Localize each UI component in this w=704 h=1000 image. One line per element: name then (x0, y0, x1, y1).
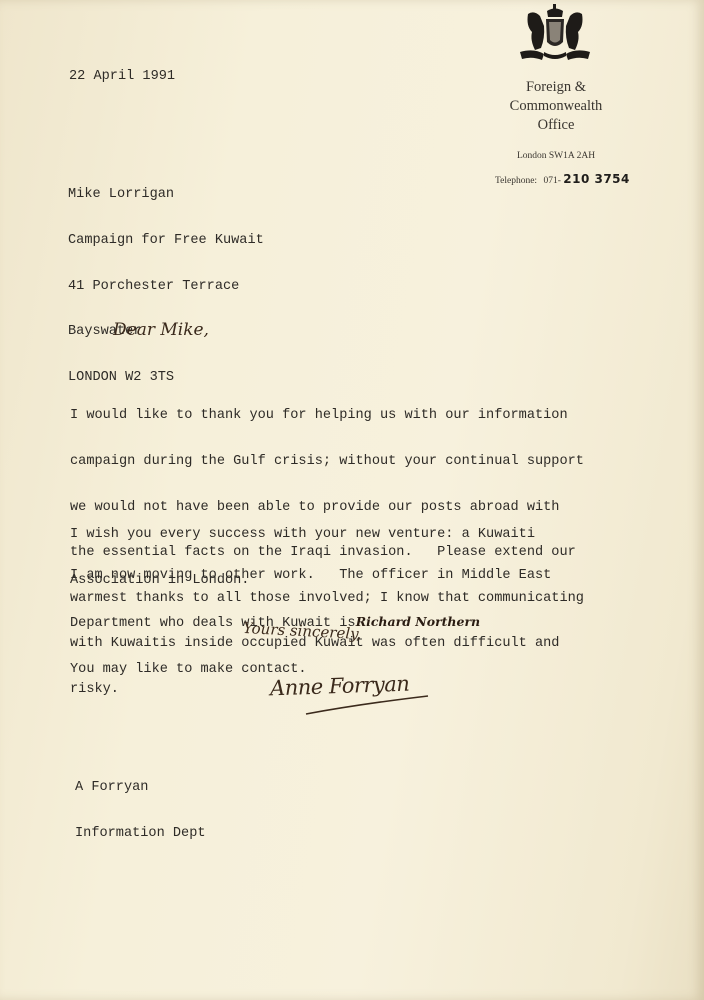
body-line: I am now moving to other work. The offic… (70, 568, 551, 583)
recipient-line: Campaign for Free Kuwait (68, 233, 264, 248)
telephone-number: 210 3754 (563, 172, 630, 186)
org-name: Foreign & Commonwealth Office (488, 78, 624, 135)
sender-block: A Forryan Information Dept (75, 750, 206, 872)
sender-name: A Forryan (75, 780, 206, 795)
recipient-address: Mike Lorrigan Campaign for Free Kuwait 4… (68, 157, 264, 415)
letter-date: 22 April 1991 (69, 69, 175, 84)
signature-underline (300, 690, 440, 720)
telephone-prefix: 071- (543, 176, 560, 186)
recipient-line: Mike Lorrigan (68, 187, 264, 202)
org-address: London SW1A 2AH (488, 151, 624, 161)
telephone-label: Telephone: (495, 176, 537, 186)
org-line-2: Commonwealth (488, 97, 624, 116)
body-line: campaign during the Gulf crisis; without… (70, 454, 584, 469)
sender-department: Information Dept (75, 826, 206, 841)
handwritten-officer-name: Richard Northern (356, 614, 480, 629)
royal-coat-of-arms-icon (514, 4, 596, 64)
org-line-1: Foreign & (488, 78, 624, 97)
body-line: I would like to thank you for helping us… (70, 408, 584, 423)
org-line-3: Office (488, 116, 624, 135)
salutation: Dear Mike, (113, 320, 209, 340)
letter-page: Foreign & Commonwealth Office London SW1… (0, 0, 704, 1000)
recipient-line: 41 Porchester Terrace (68, 279, 264, 294)
telephone-line: Telephone: 071- 210 3754 (495, 172, 630, 186)
